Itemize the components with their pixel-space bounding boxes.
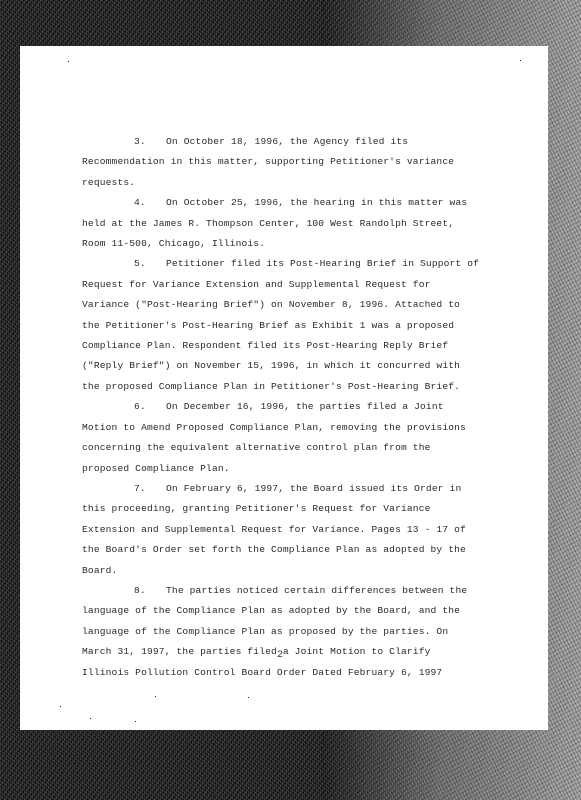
scan-speck [60,706,61,707]
paragraph-8: 8.The parties noticed certain difference… [82,581,482,683]
paragraph-7: 7.On February 6, 1997, the Board issued … [82,479,482,581]
paragraph-number: 7. [134,479,166,499]
paragraph-number: 5. [134,254,166,274]
paragraph-5: 5.Petitioner filed its Post-Hearing Brie… [82,254,482,397]
scan-speck [68,61,69,62]
scan-speck [155,696,156,697]
paragraph-number: 8. [134,581,166,601]
document-body: 3.On October 18, 1996, the Agency filed … [82,132,482,683]
page-number: 2 [277,650,283,661]
paragraph-3: 3.On October 18, 1996, the Agency filed … [82,132,482,193]
scan-speck [248,697,249,698]
paragraph-number: 4. [134,193,166,213]
scan-speck [90,718,91,719]
paragraph-number: 6. [134,397,166,417]
paragraph-text: Petitioner filed its Post-Hearing Brief … [82,258,479,391]
document-page: 3.On October 18, 1996, the Agency filed … [20,46,548,730]
scan-speck [135,721,136,722]
paragraph-4: 4.On October 25, 1996, the hearing in th… [82,193,482,254]
paragraph-6: 6.On December 16, 1996, the parties file… [82,397,482,479]
paragraph-number: 3. [134,132,166,152]
scan-speck [520,60,521,61]
